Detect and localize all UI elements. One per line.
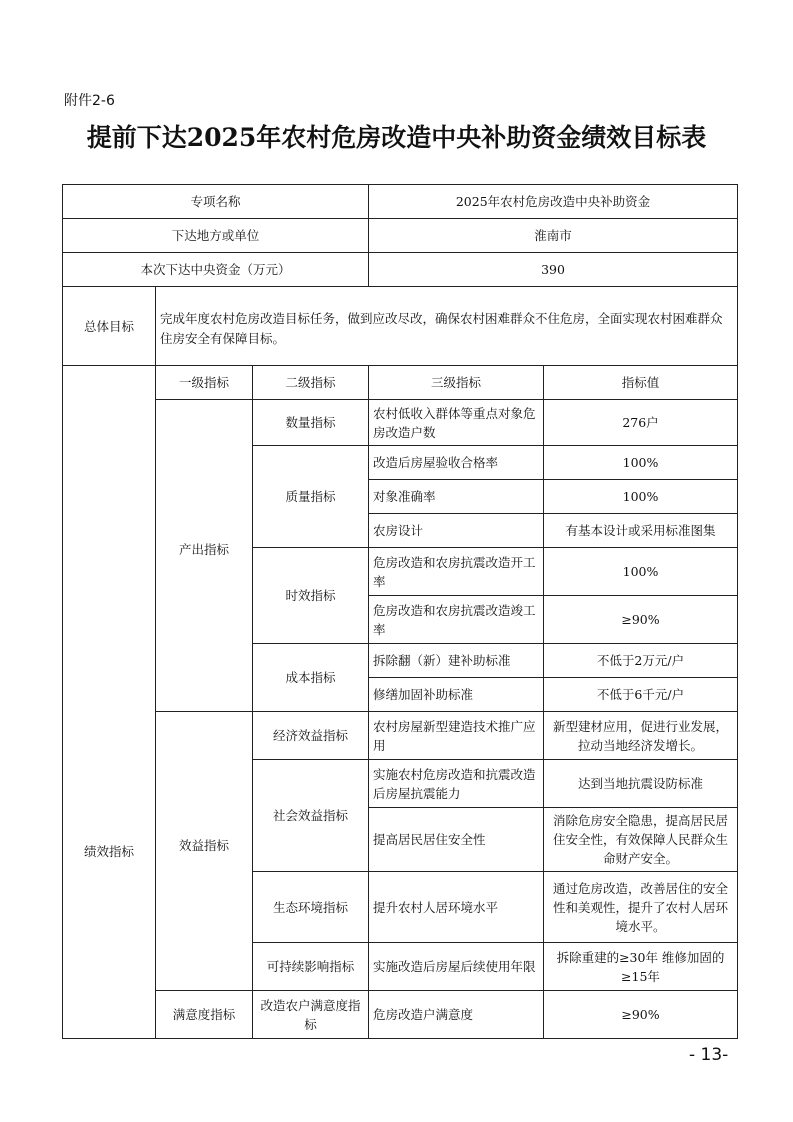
level3-cell: 对象准确率 bbox=[369, 480, 544, 514]
value-cell: 276户 bbox=[544, 400, 738, 446]
value-cell: 不低于2万元/户 bbox=[544, 644, 738, 678]
value-cell: ≥90% bbox=[544, 596, 738, 644]
level2-quantity: 数量指标 bbox=[253, 400, 369, 446]
page-title: 提前下达2025年农村危房改造中央补助资金绩效目标表 bbox=[0, 118, 793, 154]
label-overall-goal: 总体目标 bbox=[63, 287, 156, 366]
label-project-name: 专项名称 bbox=[63, 185, 369, 219]
label-performance: 绩效指标 bbox=[63, 366, 156, 1039]
value-cell: 有基本设计或采用标准图集 bbox=[544, 514, 738, 548]
header-level2: 二级指标 bbox=[253, 366, 369, 400]
row-funding: 本次下达中央资金（万元） 390 bbox=[63, 253, 738, 287]
value-cell: 100% bbox=[544, 480, 738, 514]
header-level3: 三级指标 bbox=[369, 366, 544, 400]
level3-cell: 修缮加固补助标准 bbox=[369, 678, 544, 712]
value-cell: 通过危房改造，改善居住的安全性和美观性，提升了农村人居环境水平。 bbox=[544, 872, 738, 943]
value-cell: 消除危房安全隐患，提高居民居住安全性，有效保障人民群众生命财产安全。 bbox=[544, 808, 738, 872]
overall-goal-text: 完成年度农村危房改造目标任务，做到应改尽改，确保农村困难群众不住危房，全面实现农… bbox=[156, 287, 738, 366]
level3-cell: 实施改造后房屋后续使用年限 bbox=[369, 943, 544, 991]
level3-cell: 危房改造户满意度 bbox=[369, 991, 544, 1039]
value-cell: 100% bbox=[544, 548, 738, 596]
row-overall-goal: 总体目标 完成年度农村危房改造目标任务，做到应改尽改，确保农村困难群众不住危房，… bbox=[63, 287, 738, 366]
level1-output: 产出指标 bbox=[156, 400, 253, 712]
header-level1: 一级指标 bbox=[156, 366, 253, 400]
performance-target-table: 专项名称 2025年农村危房改造中央补助资金 下达地方或单位 淮南市 本次下达中… bbox=[62, 184, 738, 1039]
level2-household-satisfaction: 改造农户满意度指标 bbox=[253, 991, 369, 1039]
value-cell: 拆除重建的≥30年 维修加固的≥15年 bbox=[544, 943, 738, 991]
value-recipient: 淮南市 bbox=[369, 219, 738, 253]
value-cell: 新型建材应用，促进行业发展，拉动当地经济发增长。 bbox=[544, 712, 738, 760]
header-value: 指标值 bbox=[544, 366, 738, 400]
level3-cell: 危房改造和农房抗震改造竣工率 bbox=[369, 596, 544, 644]
value-funding: 390 bbox=[369, 253, 738, 287]
level1-benefit: 效益指标 bbox=[156, 712, 253, 991]
value-cell: ≥90% bbox=[544, 991, 738, 1039]
page-number: - 13- bbox=[689, 1045, 728, 1065]
label-funding: 本次下达中央资金（万元） bbox=[63, 253, 369, 287]
level2-quality: 质量指标 bbox=[253, 446, 369, 548]
row-recipient: 下达地方或单位 淮南市 bbox=[63, 219, 738, 253]
label-recipient: 下达地方或单位 bbox=[63, 219, 369, 253]
level3-cell: 改造后房屋验收合格率 bbox=[369, 446, 544, 480]
level1-satisfaction: 满意度指标 bbox=[156, 991, 253, 1039]
level2-social: 社会效益指标 bbox=[253, 760, 369, 872]
level3-cell: 提升农村人居环境水平 bbox=[369, 872, 544, 943]
level2-economic: 经济效益指标 bbox=[253, 712, 369, 760]
level3-cell: 实施农村危房改造和抗震改造后房屋抗震能力 bbox=[369, 760, 544, 808]
table-row: 效益指标 经济效益指标 农村房屋新型建造技术推广应用 新型建材应用，促进行业发展… bbox=[63, 712, 738, 760]
attachment-label: 附件2-6 bbox=[64, 90, 115, 110]
level3-cell: 农房设计 bbox=[369, 514, 544, 548]
level2-sustainability: 可持续影响指标 bbox=[253, 943, 369, 991]
level3-cell: 拆除翻（新）建补助标准 bbox=[369, 644, 544, 678]
level3-cell: 危房改造和农房抗震改造开工率 bbox=[369, 548, 544, 596]
level2-ecological: 生态环境指标 bbox=[253, 872, 369, 943]
level2-timeliness: 时效指标 bbox=[253, 548, 369, 644]
value-cell: 100% bbox=[544, 446, 738, 480]
table-row: 产出指标 数量指标 农村低收入群体等重点对象危房改造户数 276户 bbox=[63, 400, 738, 446]
level3-cell: 农村低收入群体等重点对象危房改造户数 bbox=[369, 400, 544, 446]
value-project-name: 2025年农村危房改造中央补助资金 bbox=[369, 185, 738, 219]
value-cell: 不低于6千元/户 bbox=[544, 678, 738, 712]
level2-cost: 成本指标 bbox=[253, 644, 369, 712]
level3-cell: 农村房屋新型建造技术推广应用 bbox=[369, 712, 544, 760]
value-cell: 达到当地抗震设防标准 bbox=[544, 760, 738, 808]
table-row: 满意度指标 改造农户满意度指标 危房改造户满意度 ≥90% bbox=[63, 991, 738, 1039]
level3-cell: 提高居民居住安全性 bbox=[369, 808, 544, 872]
indicator-header-row: 绩效指标 一级指标 二级指标 三级指标 指标值 bbox=[63, 366, 738, 400]
row-project-name: 专项名称 2025年农村危房改造中央补助资金 bbox=[63, 185, 738, 219]
